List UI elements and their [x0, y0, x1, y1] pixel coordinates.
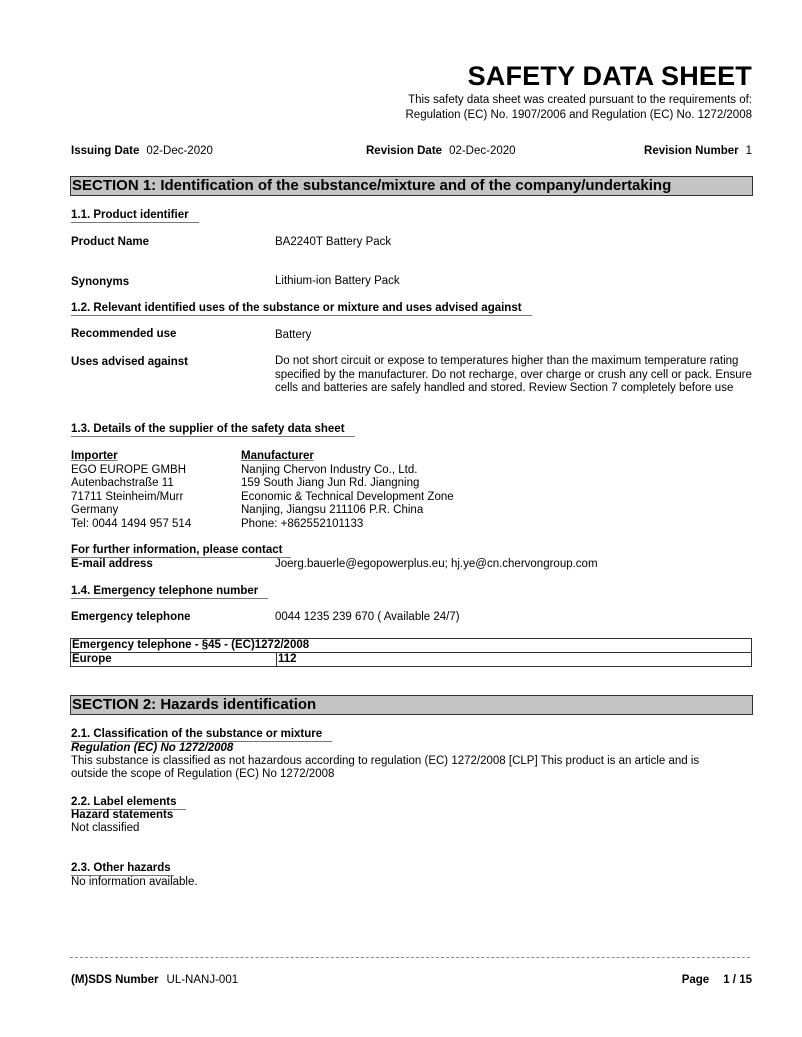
manufacturer-line: Phone: +862552101133 — [241, 518, 454, 532]
sds-number-value: UL-NANJ-001 — [167, 974, 239, 986]
classification-text-line-2: outside the scope of Regulation (EC) No … — [71, 768, 334, 781]
issuing-date: Issuing Date02-Dec-2020 — [71, 145, 213, 157]
heading-1-1: 1.1. Product identifier — [71, 209, 199, 223]
uses-advised-against-label: Uses advised against — [71, 356, 188, 368]
manufacturer-line: Nanjing, Jiangsu 211106 P.R. China — [241, 504, 454, 518]
revision-date: Revision Date02-Dec-2020 — [366, 145, 516, 157]
classification-text-line-1: This substance is classified as not haza… — [71, 755, 699, 768]
importer-line: Germany — [71, 504, 191, 518]
subtitle-line-1: This safety data sheet was created pursu… — [406, 93, 753, 108]
revision-number: Revision Number1 — [644, 145, 752, 157]
product-name-value: BA2240T Battery Pack — [275, 236, 391, 248]
importer-line: Tel: 0044 1494 957 514 — [71, 518, 191, 532]
emergency-telephone-table: Emergency telephone - §45 - (EC)1272/200… — [70, 638, 752, 667]
table-cell-region: Europe — [71, 653, 277, 667]
heading-2-3: 2.3. Other hazards — [71, 862, 174, 876]
regulation-label: Regulation (EC) No 1272/2008 — [71, 742, 233, 755]
uses-advised-against-value: Do not short circuit or expose to temper… — [275, 355, 755, 396]
table-header-row: Emergency telephone - §45 - (EC)1272/200… — [71, 639, 752, 653]
page-label: Page — [682, 974, 710, 986]
email-label: E-mail address — [71, 558, 153, 570]
sds-number-label: (M)SDS Number — [71, 974, 159, 986]
importer-block: Importer EGO EUROPE GMBH Autenbachstraße… — [71, 450, 191, 531]
page-indicator: Page1 / 15 — [682, 974, 752, 986]
revision-number-value: 1 — [746, 145, 752, 157]
subtitle-line-2: Regulation (EC) No. 1907/2006 and Regula… — [406, 108, 753, 123]
manufacturer-line: Economic & Technical Development Zone — [241, 491, 454, 505]
document-subtitle: This safety data sheet was created pursu… — [406, 93, 753, 123]
document-title: SAFETY DATA SHEET — [468, 61, 752, 92]
table-row: Europe 112 — [71, 653, 752, 667]
hazard-statements-value: Not classified — [71, 822, 139, 835]
hazard-statements-label: Hazard statements — [71, 809, 173, 822]
importer-line: EGO EUROPE GMBH — [71, 464, 191, 478]
manufacturer-block: Manufacturer Nanjing Chervon Industry Co… — [241, 450, 454, 531]
section-1-title: SECTION 1: Identification of the substan… — [70, 176, 753, 196]
manufacturer-line: Nanjing Chervon Industry Co., Ltd. — [241, 464, 454, 478]
manufacturer-heading: Manufacturer — [241, 450, 454, 464]
synonyms-label: Synonyms — [71, 276, 129, 288]
heading-1-3: 1.3. Details of the supplier of the safe… — [71, 423, 355, 437]
emergency-telephone-label: Emergency telephone — [71, 611, 191, 623]
manufacturer-line: 159 South Jiang Jun Rd. Jiangning — [241, 477, 454, 491]
sds-number: (M)SDS NumberUL-NANJ-001 — [71, 974, 238, 986]
heading-1-2: 1.2. Relevant identified uses of the sub… — [71, 302, 532, 316]
revision-date-value: 02-Dec-2020 — [449, 145, 515, 157]
product-name-label: Product Name — [71, 236, 149, 248]
heading-2-2: 2.2. Label elements — [71, 796, 186, 810]
issuing-date-label: Issuing Date — [71, 145, 139, 157]
revision-date-label: Revision Date — [366, 145, 442, 157]
recommended-use-value: Battery — [275, 329, 311, 341]
emergency-telephone-value: 0044 1235 239 670 ( Available 24/7) — [275, 611, 460, 623]
other-hazards-text: No information available. — [71, 876, 198, 889]
email-value[interactable]: Joerg.bauerle@egopowerplus.eu; hj.ye@cn.… — [275, 558, 598, 570]
importer-line: 71711 Steinheim/Murr — [71, 491, 191, 505]
contact-heading: For further information, please contact — [71, 544, 291, 558]
issuing-date-value: 02-Dec-2020 — [146, 145, 212, 157]
heading-2-1: 2.1. Classification of the substance or … — [71, 728, 332, 742]
synonyms-value: Lithium-ion Battery Pack — [275, 275, 400, 287]
revision-number-label: Revision Number — [644, 145, 739, 157]
table-cell-number: 112 — [277, 653, 752, 667]
section-2-title: SECTION 2: Hazards identification — [70, 695, 753, 715]
importer-heading: Importer — [71, 450, 191, 464]
page-value: 1 / 15 — [723, 974, 752, 986]
importer-line: Autenbachstraße 11 — [71, 477, 191, 491]
recommended-use-label: Recommended use — [71, 328, 176, 340]
table-header: Emergency telephone - §45 - (EC)1272/200… — [71, 639, 752, 653]
footer-divider — [70, 957, 750, 958]
heading-1-4: 1.4. Emergency telephone number — [71, 585, 268, 599]
